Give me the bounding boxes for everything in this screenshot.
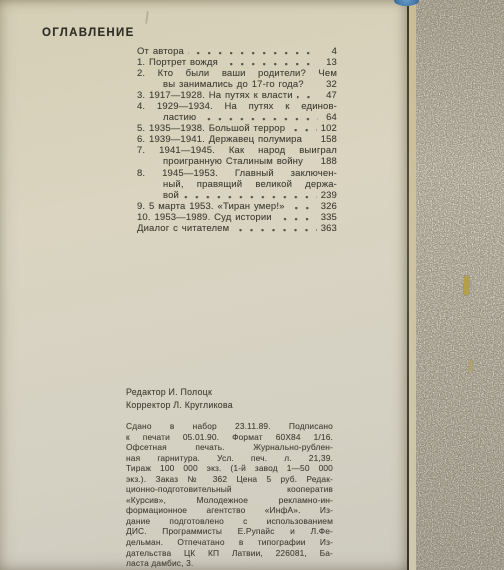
toc-page-number: 13	[322, 57, 337, 68]
dot-leader	[222, 57, 318, 68]
toc-page-number: 47	[322, 90, 337, 101]
toc-page-number: 239	[321, 190, 337, 201]
toc-row: 2. Кто были ваши родители? Чем	[137, 68, 337, 79]
dot-leader	[306, 134, 317, 145]
cover-texture	[416, 0, 504, 570]
colophon-line: к печати 05.01.90. Формат 60X84 1/16.	[126, 432, 333, 443]
toc-row: 8. 1945—1953. Главный заключен-	[137, 168, 337, 179]
colophon-line: «Курсив», Молодежное рекламно-ин-	[126, 495, 333, 506]
colophon-line: Офсетная печать. Журнально-рублен-	[126, 442, 333, 453]
toc-page-number: 363	[321, 223, 337, 234]
yellow-sticker-mark-faint	[468, 360, 473, 373]
toc-row: 3. 1917—1928. На путях к власти47	[137, 90, 337, 101]
dot-leader	[200, 112, 318, 123]
toc-row: От автора4	[137, 46, 337, 57]
toc-page-number: 188	[321, 156, 337, 167]
toc-row: вой239	[137, 190, 337, 201]
dot-leader	[289, 123, 317, 134]
toc-row: ный, правящий великой держа-	[137, 179, 337, 190]
toc-row: вы занимались до 17-го года?32	[137, 79, 337, 90]
toc-page-number: 102	[321, 123, 337, 134]
toc-row: 9. 5 марта 1953. «Тиран умер!»326	[137, 201, 337, 212]
colophon-block: Сдано в набор 23.11.89. Подписанок печат…	[126, 421, 333, 569]
book-photo: ОГЛАВЛЕНИЕ От автора41. Портрет вождя132…	[0, 0, 504, 570]
toc-row: проигранную Сталиным войну188	[137, 156, 337, 167]
colophon-line: дательства ЦК КП Латвии, 226081, Ба-	[126, 548, 333, 559]
credit-line: Редактор И. Полоцк	[126, 386, 233, 399]
colophon-line: ционно-подготовительный кооператив	[126, 484, 333, 495]
ink-smudge	[145, 11, 149, 24]
toc-row: 6. 1939—1941. Державец полумира158	[137, 134, 337, 145]
toc-entry-text: ный, правящий великой держа-	[163, 179, 337, 190]
toc-entry-text: вой	[163, 190, 179, 201]
toc-page-number: 335	[321, 212, 337, 223]
dot-leader	[188, 46, 318, 57]
credits-block: Редактор И. ПолоцкКорректор Л. Кругликов…	[126, 386, 233, 411]
colophon-line: формационное агентство «ИнфА». Из-	[126, 505, 333, 516]
dot-leader	[289, 201, 317, 212]
toc: От автора41. Портрет вождя132. Кто были …	[137, 46, 337, 234]
toc-entry-text: Диалог с читателем	[137, 223, 229, 234]
colophon-line: экз.). Заказ № 362 Цена 5 руб. Редак-	[126, 474, 333, 485]
colophon-line: Сдано в набор 23.11.89. Подписано	[126, 421, 333, 432]
toc-entry-text: ластию	[163, 112, 196, 123]
dot-leader	[308, 79, 318, 90]
yellow-sticker-mark	[464, 276, 470, 295]
toc-entry-text: 5. 1935—1938. Большой террор	[137, 123, 285, 134]
dot-leader	[307, 156, 317, 167]
toc-entry-text: 2. Кто были ваши родители? Чем	[137, 68, 337, 79]
toc-entry-text: 7. 1941—1945. Как народ выиграл	[137, 145, 337, 156]
toc-page-number: 326	[321, 201, 337, 212]
toc-row: 4. 1929—1934. На путях к единов-	[137, 101, 337, 112]
colophon-line: дельман. Отпечатано в типографии Из-	[126, 537, 333, 548]
colophon-line: Тираж 100 000 экз. (1-й завод 1—50 000	[126, 463, 333, 474]
toc-entry-text: 8. 1945—1953. Главный заключен-	[137, 168, 337, 179]
toc-entry-text: 6. 1939—1941. Державец полумира	[137, 134, 302, 145]
toc-row: 7. 1941—1945. Как народ выиграл	[137, 145, 337, 156]
toc-entry-text: 9. 5 марта 1953. «Тиран умер!»	[137, 201, 285, 212]
colophon-line: ная гарнитура. Усл. печ. л. 21,39.	[126, 453, 333, 464]
toc-page-number: 4	[322, 46, 337, 57]
toc-row: Диалог с читателем363	[137, 223, 337, 234]
toc-row: ластию64	[137, 112, 337, 123]
toc-entry-text: От автора	[137, 46, 184, 57]
toc-page-number: 158	[321, 134, 337, 145]
toc-row: 1. Портрет вождя13	[137, 57, 337, 68]
dot-leader	[297, 90, 318, 101]
page-title: ОГЛАВЛЕНИЕ	[42, 27, 135, 39]
toc-page-number: 64	[322, 112, 337, 123]
toc-entry-text: 3. 1917—1928. На путях к власти	[137, 90, 293, 101]
toc-entry-text: вы занимались до 17-го года?	[163, 79, 304, 90]
toc-row: 5. 1935—1938. Большой террор102	[137, 123, 337, 134]
toc-entry-text: 4. 1929—1934. На путях к единов-	[137, 101, 337, 112]
toc-page-number: 32	[322, 79, 337, 90]
colophon-line: ДИС. Программисты Е.Рупайс и Л.Фе-	[126, 526, 333, 537]
dot-leader	[233, 223, 316, 234]
colophon-line: дание подготовлено с использованием	[126, 516, 333, 527]
book-page: ОГЛАВЛЕНИЕ От автора41. Портрет вождя132…	[0, 0, 407, 570]
credit-line: Корректор Л. Кругликова	[126, 399, 233, 412]
toc-entry-text: проигранную Сталиным войну	[163, 156, 303, 167]
toc-row: 10. 1953—1989. Суд истории335	[137, 212, 337, 223]
toc-entry-text: 1. Портрет вождя	[137, 57, 218, 68]
colophon-line: ласта дамбис, 3.	[126, 558, 333, 569]
dot-leader	[276, 212, 317, 223]
dot-leader	[183, 190, 317, 201]
toc-entry-text: 10. 1953—1989. Суд истории	[137, 212, 272, 223]
